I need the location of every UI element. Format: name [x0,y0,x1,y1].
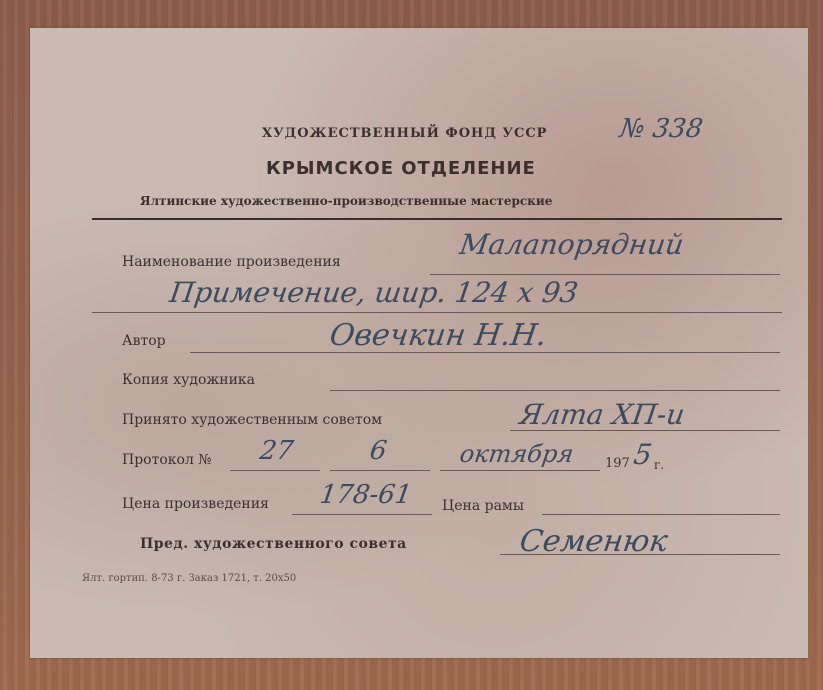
protocol-number: 27 [258,436,295,466]
author-label: Автор [122,333,166,349]
accepted-value: Ялта ХП-и [518,398,687,431]
protocol-year-suffix: 5 [632,438,654,471]
title-line-2 [92,312,782,313]
frame-price-label: Цена рамы [442,498,524,514]
protocol-month-line [440,470,600,471]
protocol-day: 6 [368,436,389,466]
print-info: Ялт. гортип. 8-73 г. Заказ 1721, т. 20х5… [82,573,296,584]
title-label: Наименование произведения [122,254,341,270]
org-heading: ХУДОЖЕСТВЕННЫЙ ФОНД УССР [262,126,547,141]
protocol-day-line [330,470,430,471]
handwritten-number: № 338 [618,114,705,144]
chair-label: Пред. художественного совета [140,536,407,552]
title-line-1 [430,274,780,275]
accepted-label: Принято художественным советом [122,412,382,428]
header-rule [92,218,782,220]
protocol-month: октября [458,440,575,468]
title-value-2: Примечение, шир. 124 х 93 [168,276,581,309]
copy-label: Копия художника [122,372,255,388]
price-line [292,514,432,515]
protocol-number-line [230,470,320,471]
price-value: 178-61 [318,480,414,510]
workshops-subheading: Ялтинские художественно-производственные… [140,194,552,208]
chair-signature: Семенюк [518,524,670,559]
title-value-1: Малапорядний [458,228,686,261]
copy-line [330,390,780,391]
frame-price-line [542,514,780,515]
protocol-label: Протокол № [122,452,212,468]
author-value: Овечкин Н.Н. [328,318,549,353]
department-heading: КРЫМСКОЕ ОТДЕЛЕНИЕ [266,158,536,179]
protocol-year-prefix: 197 [605,456,630,471]
year-g: г. [654,458,664,472]
paper-label: ХУДОЖЕСТВЕННЫЙ ФОНД УССР № 338 КРЫМСКОЕ … [30,28,808,658]
price-label: Цена произведения [122,496,269,512]
